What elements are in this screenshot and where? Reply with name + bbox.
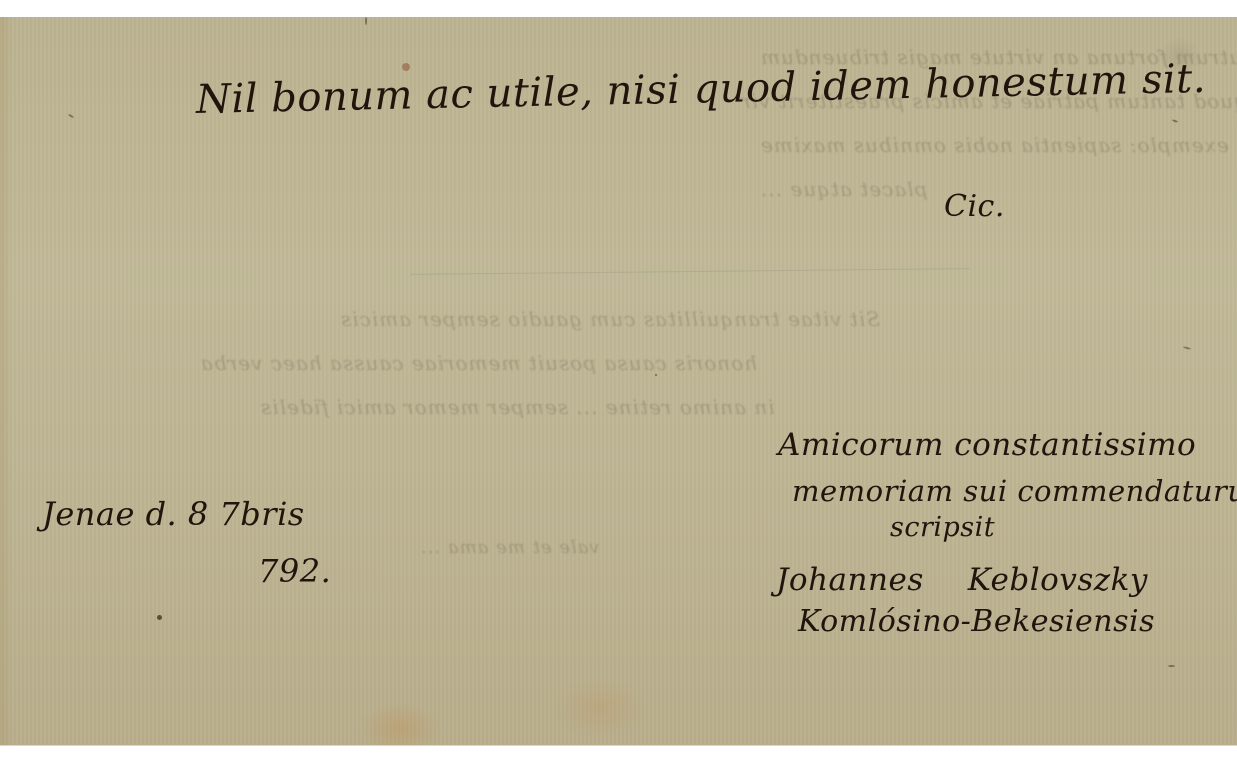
bleed-through-line: in animo retine ... semper memor amici f… [260,395,775,419]
bleed-through-line: placet atque ... [760,177,927,201]
signature-given-name: Johannes [776,562,924,598]
signature-name: JohannesKeblovszky [776,562,1148,598]
faint-rule [410,268,970,275]
ink-speck [68,114,74,119]
dedication-line-3: scripsit [890,512,995,543]
ink-speck [157,615,162,620]
motto-attribution: Cic. [944,189,1005,224]
manuscript-page: Nescio utrum fortuna an virtute magis tr… [0,17,1237,746]
signature-family-name: Keblovszky [968,562,1148,598]
ink-speck [655,374,657,376]
ink-speck [1172,119,1178,123]
ink-speck [365,17,367,25]
signature-origin: Komlósino-Bekesiensis [798,604,1155,639]
ink-speck [402,63,410,71]
date-year: 792. [258,552,331,590]
dedication-line-2: memoriam sui commendaturus [792,474,1237,508]
ink-speck [1168,665,1175,667]
bleed-through-line: Sit vitae tranquillitas cum gaudio sempe… [340,307,880,331]
bleed-through-line: honoris causa posuit memoriae caussa hae… [200,351,757,375]
bleed-through-line: sine exemplo: sapientia nobis omnibus ma… [760,133,1237,157]
place-date: Jenae d. 8 7bris [42,495,305,533]
bleed-through-line: vale et me ama ... [420,537,600,558]
ink-speck [1183,346,1191,350]
dedication-line-1: Amicorum constantissimo [778,427,1196,463]
